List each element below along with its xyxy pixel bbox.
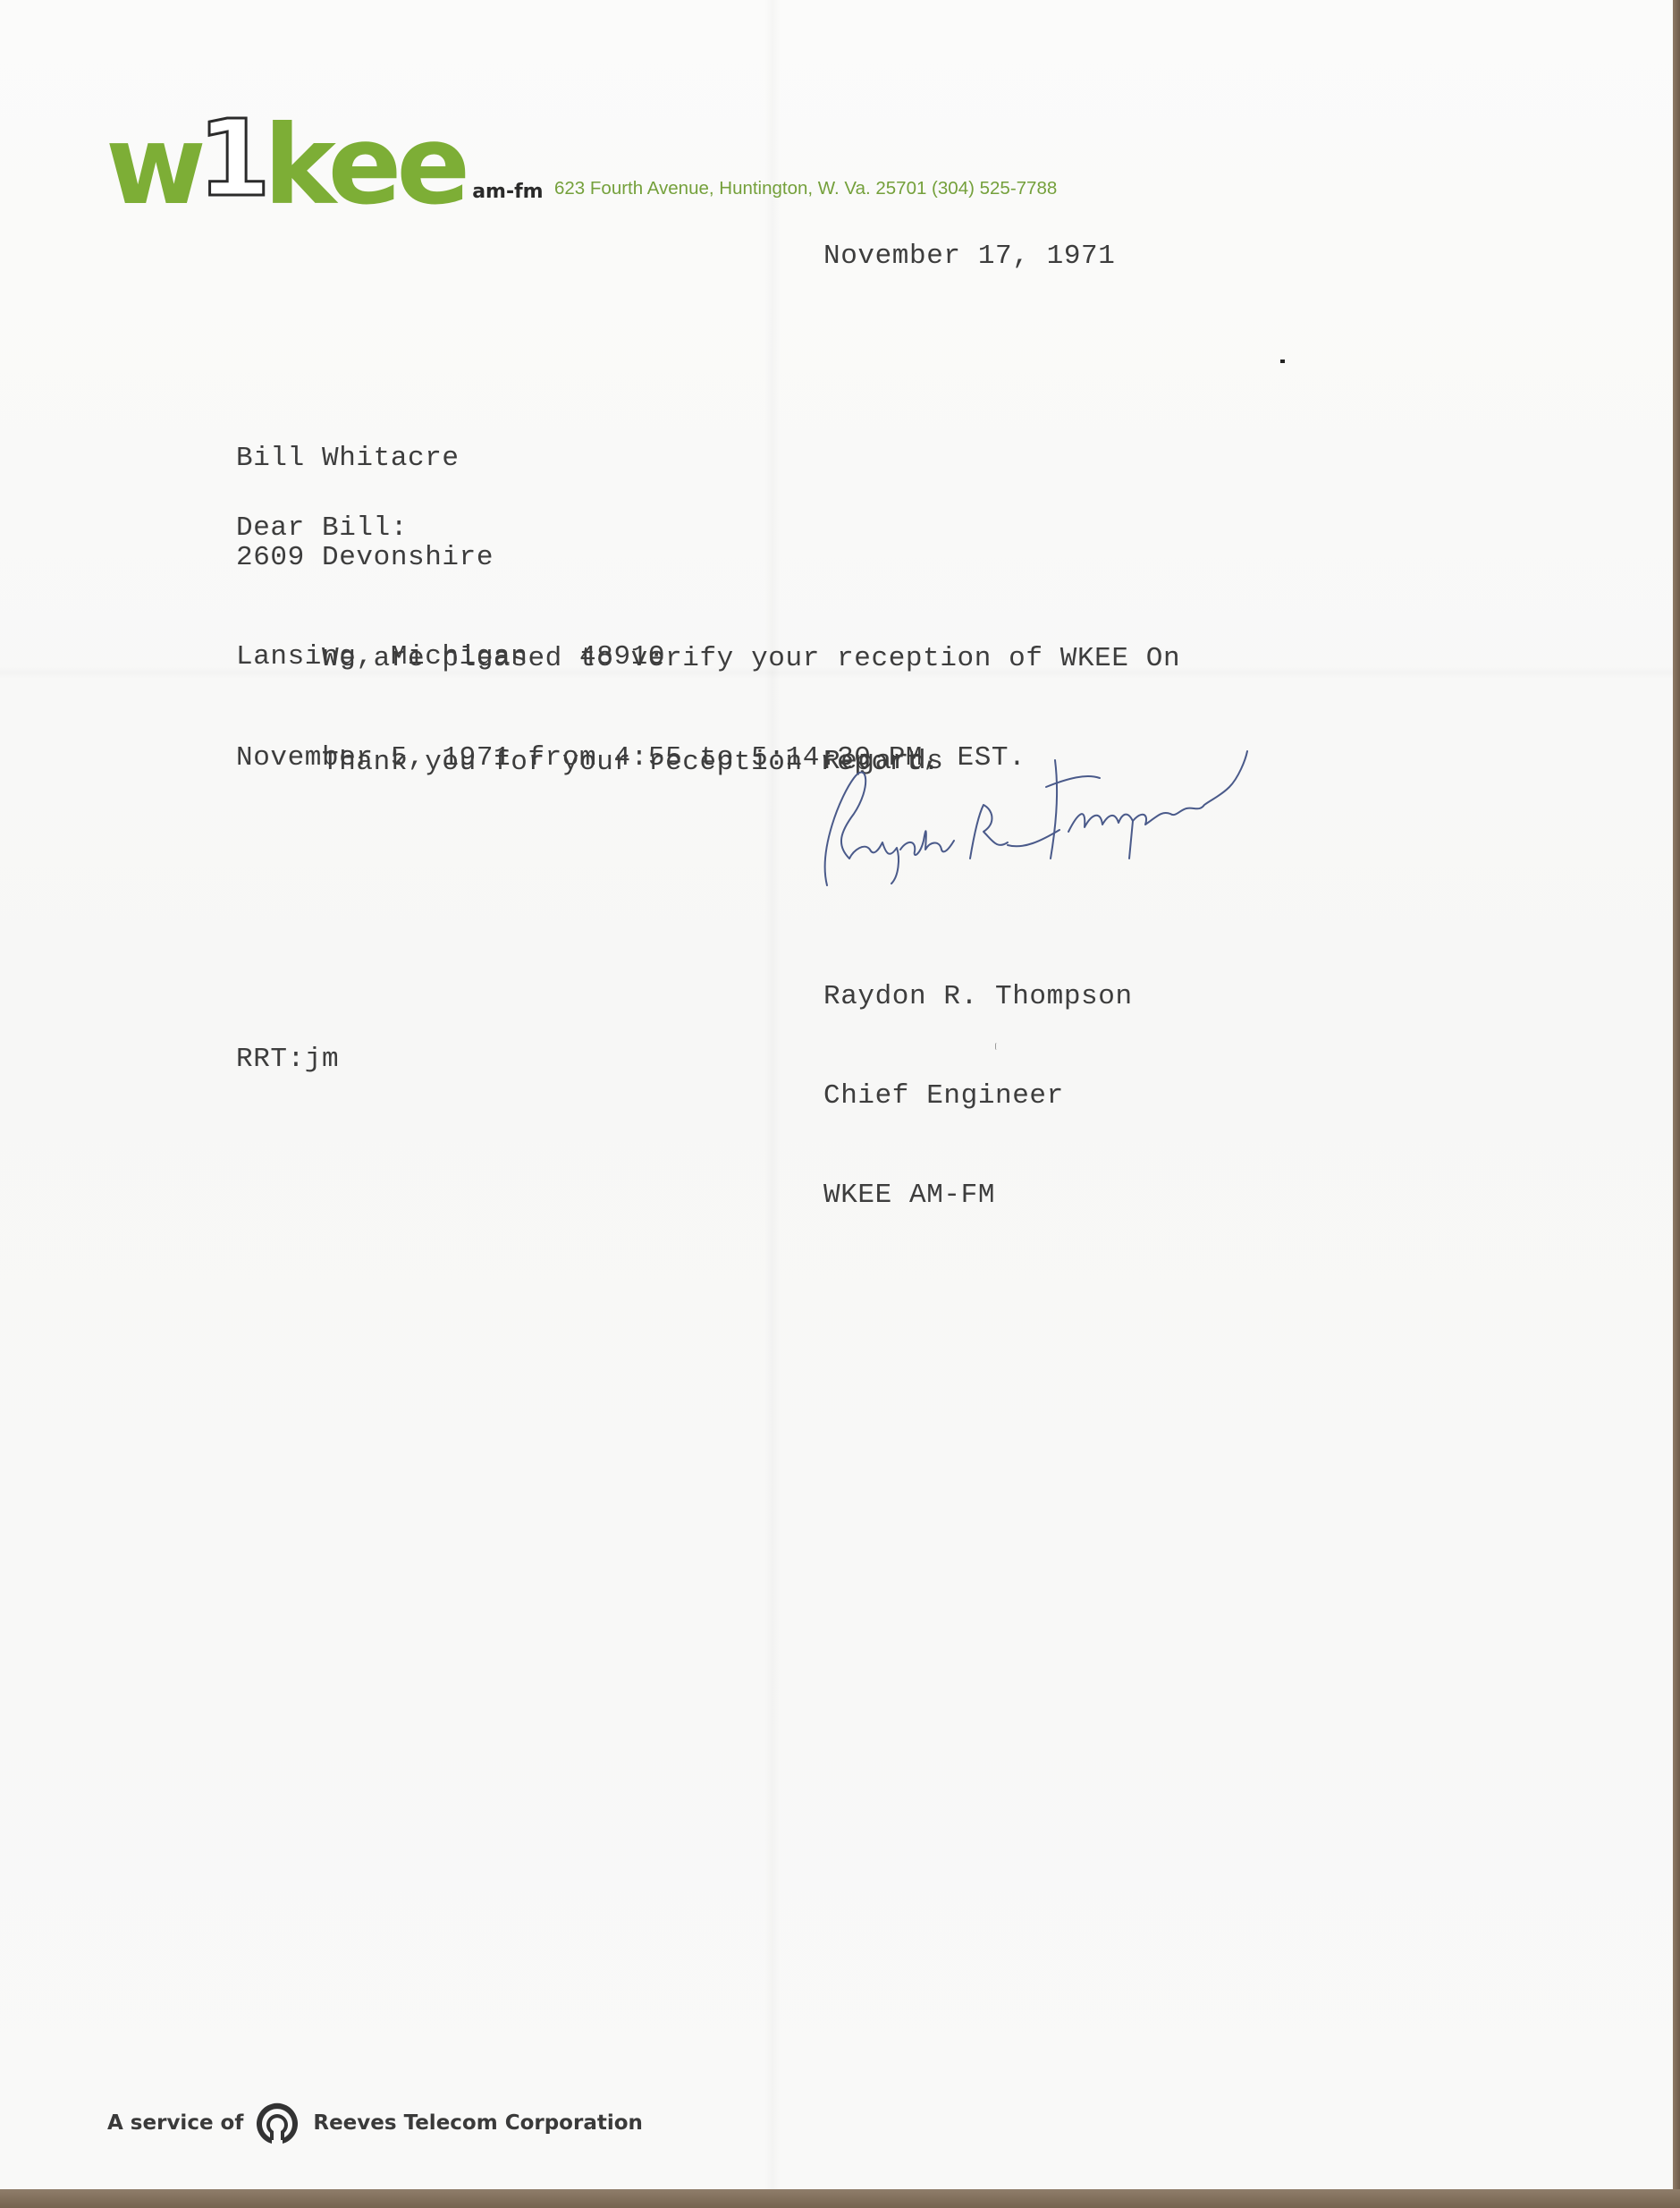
salutation: Dear Bill: [236, 512, 408, 545]
paper-edge-bottom [0, 2189, 1680, 2208]
signer-name: Raydon R. Thompson [823, 980, 1133, 1013]
letterhead-footer: A service of Reeves Telecom Corporation [107, 2099, 643, 2147]
logo-numeral: 1 [198, 114, 266, 203]
recipient-street: 2609 Devonshire [236, 541, 665, 574]
letter-date: November 17, 1971 [823, 240, 1115, 273]
stray-mark [995, 1043, 999, 1050]
signature-block: Raydon R. Thompson Chief Engineer WKEE A… [823, 914, 1133, 1278]
paragraph-line: We are pleased to verify your reception … [236, 642, 1180, 675]
logo-prefix: w [106, 121, 201, 210]
letter-page: w 1 kee am-fm 623 Fourth Avenue, Hunting… [0, 0, 1673, 2189]
logo-subtext: am-fm [472, 181, 543, 203]
letterhead-address: 623 Fourth Avenue, Huntington, W. Va. 25… [554, 178, 1057, 199]
wkee-logo: w 1 kee am-fm [106, 121, 544, 210]
paper-edge-right [1673, 0, 1680, 2208]
reference-initials: RRT:jm [236, 1043, 339, 1076]
signer-organization: WKEE AM-FM [823, 1179, 1133, 1212]
logo-suffix: kee [264, 121, 465, 210]
ink-speck [1280, 360, 1285, 363]
reeves-r-logo-icon [254, 2099, 300, 2147]
recipient-name: Bill Whitacre [236, 442, 665, 475]
footer-prefix: A service of [107, 2111, 243, 2135]
handwritten-signature [800, 724, 1265, 903]
signer-title: Chief Engineer [823, 1079, 1133, 1112]
paper-fold-vertical [764, 0, 781, 2189]
footer-company: Reeves Telecom Corporation [313, 2111, 643, 2135]
logo-wordmark: w 1 kee [106, 121, 465, 210]
